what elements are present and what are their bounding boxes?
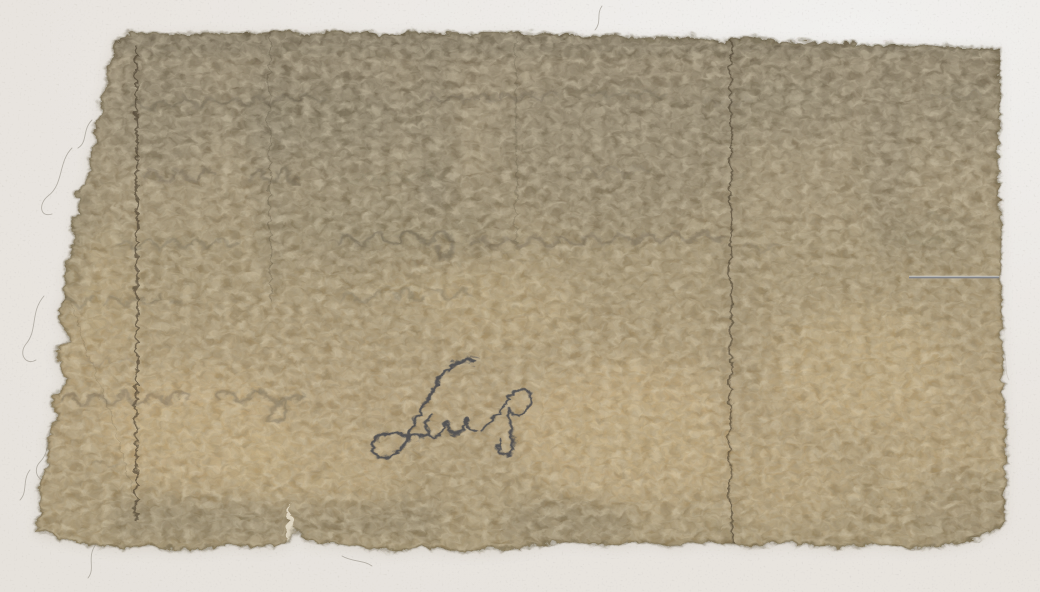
paper-fragment [15, 15, 1025, 575]
paper-fiber-texture [15, 15, 1025, 575]
scanned-note [0, 0, 1040, 592]
pin-scratch [909, 276, 999, 277]
note-image [0, 0, 1040, 592]
